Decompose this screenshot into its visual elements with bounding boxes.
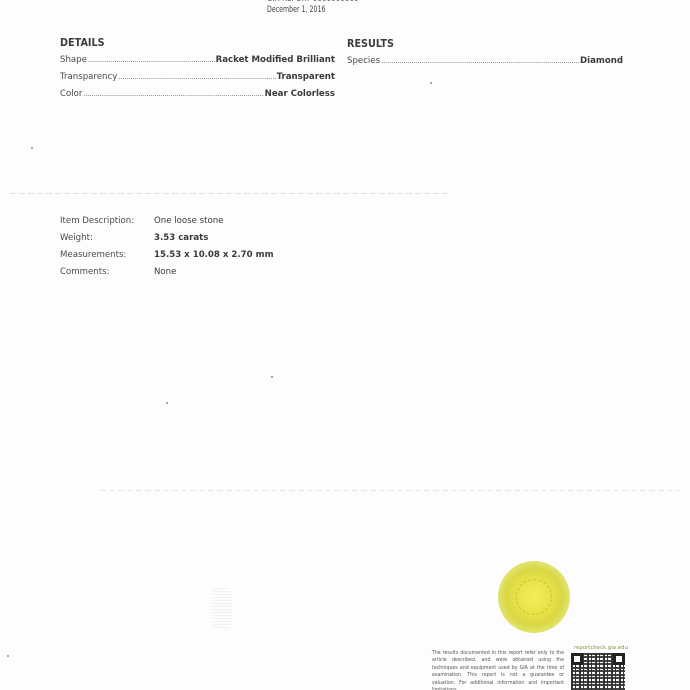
description-value: One loose stone (154, 216, 223, 226)
item-description-table: Item Description: One loose stone Weight… (60, 212, 274, 280)
result-row-species: Species Diamond (347, 56, 623, 70)
report-check-url[interactable]: reportcheck.gia.edu (574, 645, 628, 651)
description-value: None (154, 267, 176, 277)
report-date: December 1, 2016 (267, 5, 325, 15)
disclaimer-text: The results documented in this report re… (432, 650, 564, 690)
description-value: 3.53 carats (154, 233, 208, 243)
report-number-cut: GIA REPORT 0000000000 (267, 0, 359, 3)
result-label: Species (347, 56, 380, 66)
dot-leader (88, 56, 215, 64)
detail-label: Shape (60, 55, 87, 65)
scan-speck (166, 402, 168, 404)
detail-label: Transparency (60, 72, 117, 82)
dot-leader (118, 73, 275, 81)
description-label: Measurements: (60, 250, 154, 260)
seal-inner-ring (516, 579, 552, 615)
result-value: Diamond (580, 56, 623, 66)
detail-value: Racket Modified Brilliant (216, 55, 335, 65)
scan-fold-line (100, 490, 680, 491)
detail-value: Transparent (277, 72, 335, 82)
scan-fold-line (10, 193, 450, 194)
detail-row-color: Color Near Colorless (60, 89, 335, 103)
dot-leader (83, 90, 263, 98)
qr-code-icon[interactable] (571, 653, 625, 690)
description-label: Weight: (60, 233, 154, 243)
detail-label: Color (60, 89, 82, 99)
scan-speck (31, 147, 33, 149)
description-row: Comments: None (60, 263, 274, 280)
hologram-seal-icon (498, 561, 570, 633)
description-row: Item Description: One loose stone (60, 212, 274, 229)
dot-leader (381, 57, 579, 65)
scan-speck (430, 82, 432, 84)
details-heading: DETAILS (60, 37, 105, 49)
detail-row-shape: Shape Racket Modified Brilliant (60, 55, 335, 69)
description-label: Comments: (60, 267, 154, 277)
description-value: 15.53 x 10.08 x 2.70 mm (154, 250, 274, 260)
results-heading: RESULTS (347, 38, 394, 50)
description-row: Measurements: 15.53 x 10.08 x 2.70 mm (60, 246, 274, 263)
detail-row-transparency: Transparency Transparent (60, 72, 335, 86)
report-page: GIA REPORT 0000000000 December 1, 2016 D… (0, 0, 690, 690)
detail-value: Near Colorless (265, 89, 335, 99)
watermark-icon (212, 588, 232, 628)
scan-speck (271, 376, 273, 378)
description-label: Item Description: (60, 216, 154, 226)
scan-speck (7, 655, 9, 657)
description-row: Weight: 3.53 carats (60, 229, 274, 246)
